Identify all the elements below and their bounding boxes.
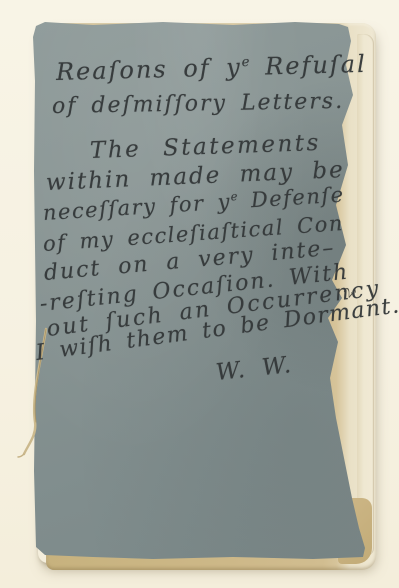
title-line-1-text-end: Refuſal: [249, 50, 367, 81]
title-line-1-text: Reaſons of y: [56, 53, 243, 86]
title-line-2: of deſmiſſory Letters.: [52, 89, 345, 119]
manuscript-photograph: 2, Reaſons of ye Refuſal of deſmiſſory L…: [0, 0, 399, 588]
